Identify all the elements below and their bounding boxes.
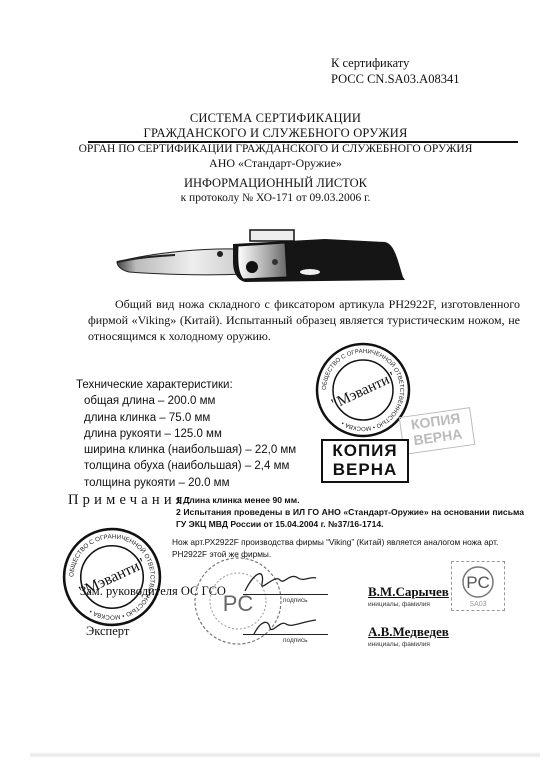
note-item: 2 Испытания проведены в ИЛ ГО АНО «Станд… <box>176 506 524 530</box>
copy-stamp-line-1: КОПИЯ <box>323 441 407 460</box>
notes-list: 1 Длина клинка менее 90 мм. 2 Испытания … <box>176 494 524 531</box>
knife-description: Общий вид ножа складного с фиксатором ар… <box>88 296 520 344</box>
organ-title-line-1: ОРГАН ПО СЕРТИФИКАЦИИ ГРАЖДАНСКОГО И СЛУ… <box>0 142 551 156</box>
spec-item: длина клинка – 75.0 мм <box>76 410 296 426</box>
svg-text:"Мэванти": "Мэванти" <box>329 369 398 412</box>
copy-certified-stamp: КОПИЯ ВЕРНА <box>321 439 409 483</box>
system-title: СИСТЕМА СЕРТИФИКАЦИИ ГРАЖДАНСКОГО И СЛУЖ… <box>0 111 551 141</box>
organ-title: ОРГАН ПО СЕРТИФИКАЦИИ ГРАЖДАНСКОГО И СЛУ… <box>0 142 551 170</box>
technical-specs: Технические характеристики: общая длина … <box>76 377 296 491</box>
document-title: ИНФОРМАЦИОННЫЙ ЛИСТОК к протоколу № ХО-1… <box>0 176 551 206</box>
system-title-line-2: ГРАЖДАНСКОГО И СЛУЖЕБНОГО ОРУЖИЯ <box>0 126 551 141</box>
company-stamp-mevanti: ОБЩЕСТВО С ОГРАНИЧЕННОЙ ОТВЕТСТВЕННОСТЬЮ… <box>315 342 411 438</box>
spec-item: длина рукояти – 125.0 мм <box>76 426 296 442</box>
protocol-reference: к протоколу № ХО-171 от 09.03.2006 г. <box>0 191 551 206</box>
note-item: 1 Длина клинка менее 90 мм. <box>176 494 524 506</box>
organ-name: АНО «Стандарт-Оружие» <box>0 156 551 170</box>
copy-stamp-line-2: ВЕРНА <box>323 460 407 479</box>
info-sheet-title: ИНФОРМАЦИОННЫЙ ЛИСТОК <box>0 176 551 191</box>
system-title-line-1: СИСТЕМА СЕРТИФИКАЦИИ <box>0 111 551 126</box>
handwritten-signature <box>240 566 320 596</box>
folding-knife-image <box>115 222 415 286</box>
name-caption: инициалы, фамилия <box>368 601 430 608</box>
svg-text:SA03: SA03 <box>469 601 486 608</box>
company-stamp-mevanti-bottom: ОБЩЕСТВО С ОГРАНИЧЕННОЙ ОТВЕТСТВЕННОСТЬЮ… <box>62 527 162 627</box>
svg-text:PC: PC <box>466 573 490 592</box>
scan-edge <box>30 752 540 758</box>
spec-item: ширина клинка (наибольшая) – 22,0 мм <box>76 442 296 458</box>
spec-item: общая длина – 200.0 мм <box>76 393 296 409</box>
signatory-role-expert: Эксперт <box>86 624 129 639</box>
specs-title: Технические характеристики: <box>76 377 296 393</box>
conformity-mark: PC SA03 <box>451 561 505 611</box>
pc-certification-icon: PC SA03 <box>452 562 504 610</box>
reference-certificate-number: РОСС CN.SA03.A08341 <box>331 71 459 87</box>
description-text: Общий вид ножа складного с фиксатором ар… <box>88 296 520 344</box>
signature-caption: подпись <box>283 637 308 644</box>
spec-item: толщина обуха (наибольшая) – 2,4 мм <box>76 458 296 474</box>
name-caption: инициалы, фамилия <box>368 641 430 648</box>
reference-line-1: К сертификату <box>331 55 459 71</box>
signature-caption: подпись <box>283 597 308 604</box>
handwritten-signature <box>250 614 320 638</box>
certificate-reference: К сертификату РОСС CN.SA03.A08341 <box>331 55 459 87</box>
signatory-name: А.В.Медведев <box>368 624 449 640</box>
signatory-name: В.М.Сарычев <box>368 584 449 600</box>
spec-item: толщина рукояти – 20.0 мм <box>76 475 296 491</box>
signatory-role-deputy-head: Зам. руководителя ОС ГСО <box>80 584 226 599</box>
